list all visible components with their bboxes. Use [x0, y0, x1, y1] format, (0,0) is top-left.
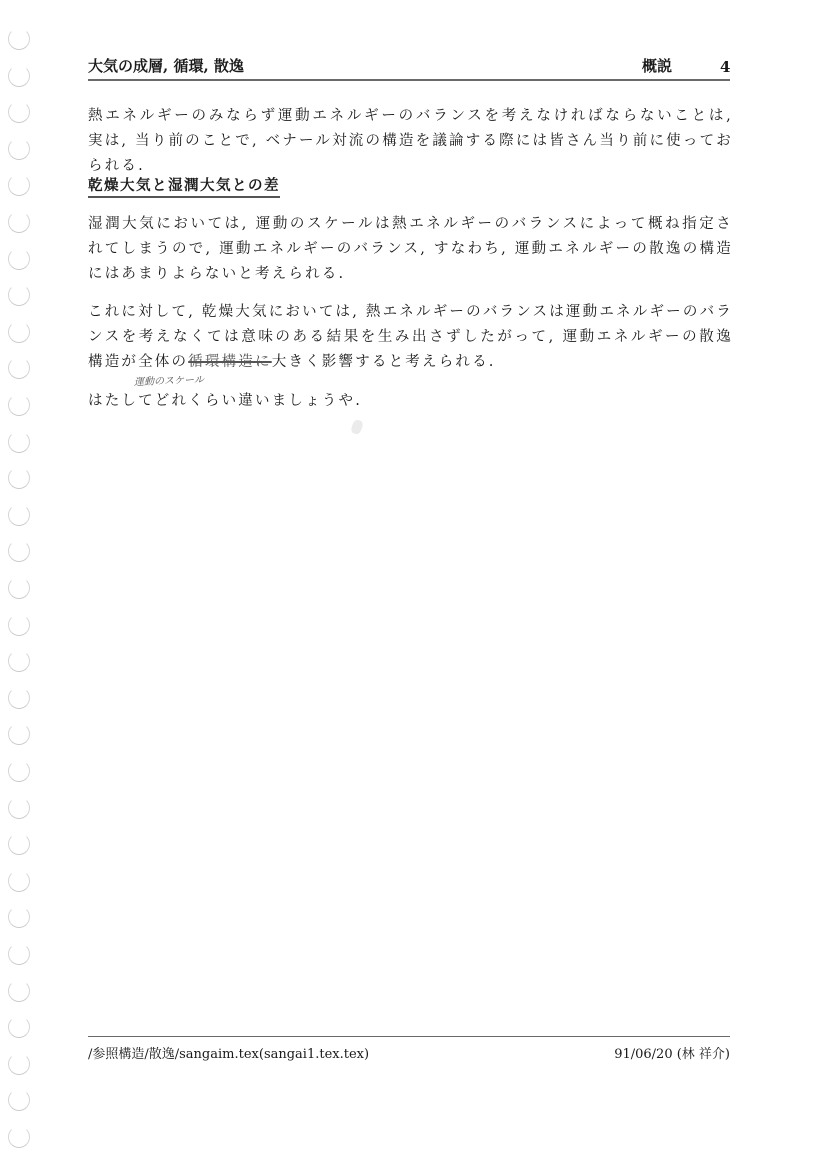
scan-smudge [350, 419, 364, 436]
binder-hole [8, 1126, 30, 1148]
binder-hole [8, 760, 30, 782]
binder-hole [8, 101, 30, 123]
binder-hole [8, 1016, 30, 1038]
binder-holes [0, 0, 50, 1164]
file-path: /参照構造/散逸/sangaim.tex(sangai1.tex.tex) [88, 1043, 369, 1062]
binder-hole [8, 248, 30, 270]
section-heading: 乾燥大気と湿潤大気との差 [88, 174, 280, 198]
dry-air-paragraph: これに対して, 乾燥大気においては, 熱エネルギーのバランスは運動エネルギーのバ… [88, 300, 733, 375]
binder-hole [8, 174, 30, 196]
binder-hole [8, 577, 30, 599]
page-number: 4 [720, 58, 730, 76]
binder-hole [8, 467, 30, 489]
binder-hole [8, 65, 30, 87]
section-name: 概説 [642, 55, 672, 76]
binder-hole [8, 394, 30, 416]
binder-hole [8, 723, 30, 745]
binder-hole [8, 687, 30, 709]
document-title: 大気の成層, 循環, 散逸 [88, 55, 642, 76]
binder-hole [8, 504, 30, 526]
binder-hole [8, 431, 30, 453]
binder-hole [8, 833, 30, 855]
binder-hole [8, 614, 30, 636]
binder-hole [8, 797, 30, 819]
binder-hole [8, 1053, 30, 1075]
intro-paragraph: 熱エネルギーのみならず運動エネルギーのバランスを考えなければならないことは, 実… [88, 104, 733, 179]
page-footer: /参照構造/散逸/sangaim.tex(sangai1.tex.tex) 91… [88, 1036, 730, 1062]
binder-hole [8, 28, 30, 50]
dry-paragraph-end: 大きく影響すると考えられる. [272, 354, 496, 370]
binder-hole [8, 1089, 30, 1111]
binder-hole [8, 211, 30, 233]
moist-air-paragraph: 湿潤大気においては, 運動のスケールは熱エネルギーのバランスによって概ね指定され… [88, 212, 733, 287]
binder-hole [8, 980, 30, 1002]
binder-hole [8, 650, 30, 672]
closing-line: はたしてどれくらい違いましょうや. [88, 389, 733, 414]
binder-hole [8, 540, 30, 562]
page-header: 大気の成層, 循環, 散逸 概説 4 [88, 54, 730, 81]
binder-hole [8, 284, 30, 306]
struck-text: 循環構造に [188, 354, 272, 370]
binder-hole [8, 357, 30, 379]
binder-hole [8, 321, 30, 343]
binder-hole [8, 943, 30, 965]
binder-hole [8, 138, 30, 160]
binder-hole [8, 906, 30, 928]
date-author: 91/06/20 (林 祥介) [614, 1043, 730, 1062]
binder-hole [8, 870, 30, 892]
handwritten-annotation: 運動のスケール [134, 371, 204, 388]
